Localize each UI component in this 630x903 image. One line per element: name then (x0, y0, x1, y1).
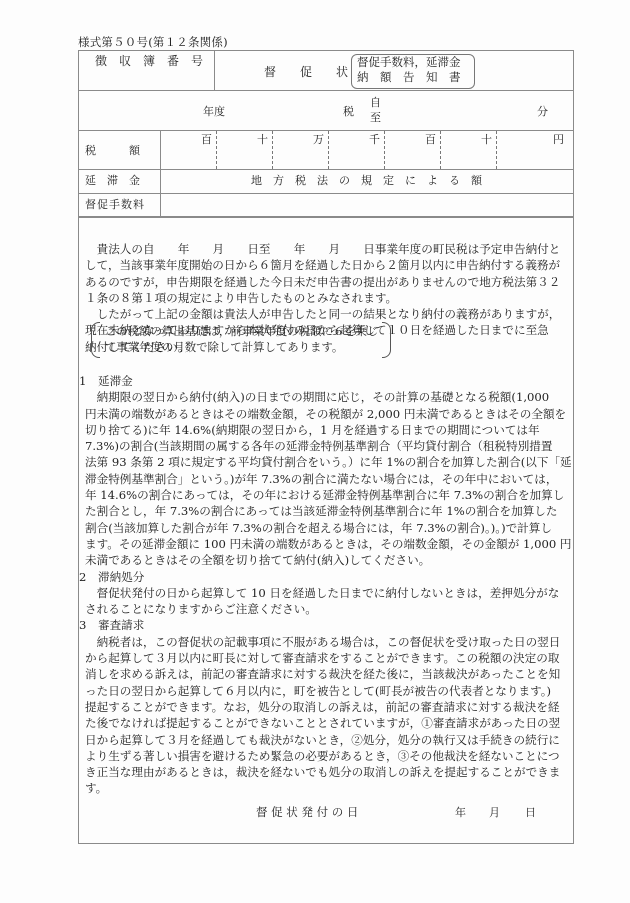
to-label: 至 (370, 112, 381, 123)
note-line: て事業年度の月数で除して計算してあります。 (105, 339, 378, 355)
row-divider-tax-amount (79, 169, 573, 170)
section-line: 7.3%)の割合(当該期間の属する各年の延滞金特例基準割合（平均貸付割合（租税特… (85, 438, 573, 454)
section-line: た後でなければ提起することができないこととされていますが，①審査請求があった日の… (85, 715, 573, 731)
section-line: されることになりますからご注意ください。 (85, 601, 573, 617)
paragraph-line: して，当該事業年度開始の日から６箇月を経過した日から２箇月以内に申告納付する義務… (85, 257, 571, 273)
demand-fee-field[interactable] (161, 194, 573, 216)
section-line: 未満であるときはその全額を切り捨てて納付(納入)してください。 (85, 552, 573, 568)
section-line: より生ずる著しい損害を避けるため緊急の必要があるとき，③その他裁決を経ないことに… (85, 748, 573, 764)
portion-label: 分 (537, 106, 548, 117)
section-heading-delinquency: 2 滞納処分 (79, 569, 573, 585)
issue-date-label: 督 促 状 発 付 の 日 (256, 807, 358, 819)
tax-amount-label: 税 額 (85, 145, 140, 156)
paragraph-line: 貴法人の自 年 月 日至 年 月 日事業年度の町民税は予定申告納付と (85, 241, 571, 257)
section-line: 円未満の端数があるときはその端数金額，その税額が 2,000 円未満であるときは… (85, 406, 573, 422)
paragraph-line: １条の８第１項の規定により申告したものとみなされます。 (85, 290, 571, 306)
paragraph-line: あるのですが，申告期限を経過した今日未だ申告書の提出がありませんので地方税法第３… (85, 274, 571, 290)
calculation-note: この税額の算出基礎は，前事業年度の税額に６を乗じ て事業年度の月数で除して計算し… (91, 322, 391, 358)
note-right-bracket (382, 322, 391, 358)
section-line: 消しを求める訴えは，前記の審査請求に対する裁決を経た後に，当該裁決があったことを… (85, 666, 573, 682)
subtitle-line2: 納 額 告 知 書 (357, 72, 461, 84)
header-divider (214, 51, 215, 90)
late-fee-value: 地 方 税 法 の 規 定 に よ る 額 (251, 175, 482, 186)
issue-day-label: 日 (525, 807, 536, 818)
section-line: から起算して３月以内に町長に対して審査請求をすることができます。この税額の決定の… (85, 650, 573, 666)
section-line: す。 (85, 780, 573, 796)
section-line: 法第 93 条第 2 項に規定する平均貸付割合をいう。）に年 1%の割合を加算し… (85, 454, 573, 470)
section-line: 切り捨てる)に年 14.6%(納期限の翌日から，1 月を経過する日までの期間につ… (85, 422, 573, 438)
tax-amount-field[interactable] (161, 131, 573, 169)
demand-notice-form: 徴 収 簿 番 号 督 促 状 督促手数料，延滞金 納 額 告 知 書 年度 税… (78, 50, 574, 844)
note-line: この税額の算出基礎は，前事業年度の税額に６を乗じ (105, 323, 378, 339)
section-line: た割合とし，年 7.3%の割合にあっては当該延滞金特例基準割合に年 1%の割合を… (85, 503, 573, 519)
issue-year-label: 年 (455, 807, 466, 818)
issue-month-label: 月 (489, 807, 500, 818)
section-line: 納税者は，この督促状の記載事項に不服がある場合は，この督促状を受け取った日の翌日 (85, 634, 573, 650)
section-line: 滞金特例基準割合」という。)が年 7.3%の割合に満たない場合には，その年中にお… (85, 471, 573, 487)
notice-sections: 1 延滞金 納期限の翌日から納付(納入)の日までの期間に応じ，その計算の基礎とな… (79, 373, 573, 797)
note-left-bracket (91, 322, 100, 358)
tax-label: 税 (343, 106, 354, 117)
section-line: 日から起算して３月を経過しても裁決がないとき，②処分，処分の執行又は手続きの続行… (85, 732, 573, 748)
section-line: 割合(当該加算した割合が年 7.3%の割合を超える場合には，年 7.3%の割合)… (85, 520, 573, 536)
section-heading-appeal: 3 審査請求 (79, 617, 573, 633)
row-divider-demand-fee (79, 216, 573, 218)
paragraph-line: したがって上記の金額は貴法人が申告したと同一の結果となり納付の義務がありますが， (85, 306, 571, 322)
section-line: 督促状発付の日から起算して 10 日を経過した日までに納付しないときは，差押処分… (85, 585, 573, 601)
collection-book-label: 徴 収 簿 番 号 (95, 55, 203, 67)
form-number: 様式第５０号(第１２条関係) (78, 34, 228, 50)
row-divider-header (79, 90, 573, 91)
document-title: 督 促 状 (264, 66, 348, 78)
section-line: 年 14.6%の割合にあっては，その年における延滞金特例基準割合に年 7.3%の… (85, 487, 573, 503)
section-heading-late-fee: 1 延滞金 (79, 373, 573, 389)
section-line: き正当な理由があるときは，裁決を経ないでも処分の取消しの訴えを提起することができ… (85, 764, 573, 780)
section-line: 納期限の翌日から納付(納入)の日までの期間に応じ，その計算の基礎となる税額(1,… (85, 389, 573, 405)
from-label: 自 (370, 97, 381, 108)
section-line: ます。その延滞金額に 100 円未満の端数があるときは，その端数金額，その金額が… (85, 536, 573, 552)
subtitle-line1: 督促手数料，延滞金 (357, 57, 461, 69)
fiscal-year-label: 年度 (203, 106, 225, 117)
demand-fee-label: 督促手数料 (85, 199, 145, 210)
section-line: った日の翌日から起算して６月以内に，町を被告として(町長が被告の代表者となります… (85, 683, 573, 699)
section-line: 提起することができます。なお，処分の取消しの訴えは，前記の審査請求に対する裁決を… (85, 699, 573, 715)
late-fee-label: 延 滞 金 (85, 175, 140, 186)
